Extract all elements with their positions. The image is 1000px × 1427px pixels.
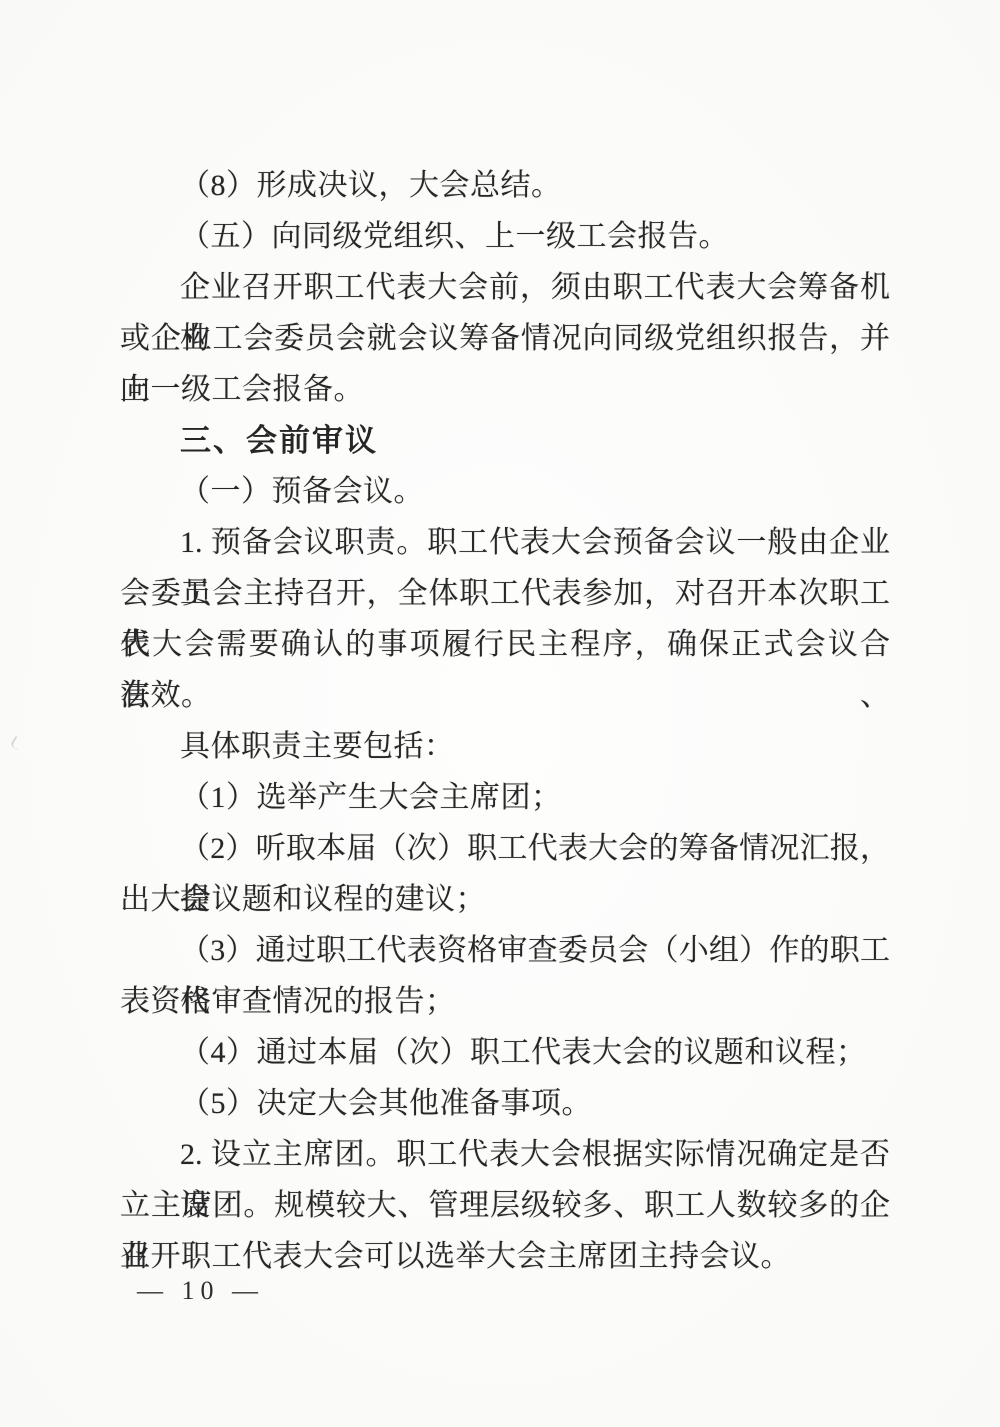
text-line: （4）通过本届（次）职工代表大会的议题和议程；: [120, 1027, 890, 1078]
text-line: 具体职责主要包括：: [120, 721, 890, 772]
scan-artifact: [9, 736, 25, 750]
page-number: — 10 —: [137, 1276, 264, 1306]
section-heading: 三、会前审议: [120, 415, 890, 466]
document-body: （8）形成决议，大会总结。 （五）向同级党组织、上一级工会报告。 企业召开职工代…: [120, 160, 890, 1282]
text-line: 2. 设立主席团。职工代表大会根据实际情况确定是否设: [120, 1129, 890, 1180]
text-line: （3）通过职工代表资格审查委员会（小组）作的职工代: [120, 925, 890, 976]
text-line: 出大会议题和议程的建议；: [120, 874, 890, 925]
text-line: 召开职工代表大会可以选举大会主席团主持会议。: [120, 1231, 890, 1282]
text-line: 或企业工会委员会就会议筹备情况向同级党组织报告，并向: [120, 313, 890, 364]
text-line: （五）向同级党组织、上一级工会报告。: [120, 211, 890, 262]
text-line: （1）选举产生大会主席团；: [120, 772, 890, 823]
text-line: （8）形成决议，大会总结。: [120, 160, 890, 211]
text-line: 立主席团。规模较大、管理层级较多、职工人数较多的企业: [120, 1180, 890, 1231]
text-line: 1. 预备会议职责。职工代表大会预备会议一般由企业工: [120, 517, 890, 568]
text-line: 表资格审查情况的报告；: [120, 976, 890, 1027]
text-line: 会委员会主持召开，全体职工代表参加，对召开本次职工代: [120, 568, 890, 619]
text-line: 上一级工会报备。: [120, 364, 890, 415]
text-line: （2）听取本届（次）职工代表大会的筹备情况汇报，提: [120, 823, 890, 874]
text-line: 表大会需要确认的事项履行民主程序，确保正式会议合法、: [120, 619, 890, 670]
document-page: （8）形成决议，大会总结。 （五）向同级党组织、上一级工会报告。 企业召开职工代…: [0, 0, 1000, 1427]
text-line: （一）预备会议。: [120, 466, 890, 517]
text-line: （5）决定大会其他准备事项。: [120, 1078, 890, 1129]
text-line: 企业召开职工代表大会前，须由职工代表大会筹备机构: [120, 262, 890, 313]
